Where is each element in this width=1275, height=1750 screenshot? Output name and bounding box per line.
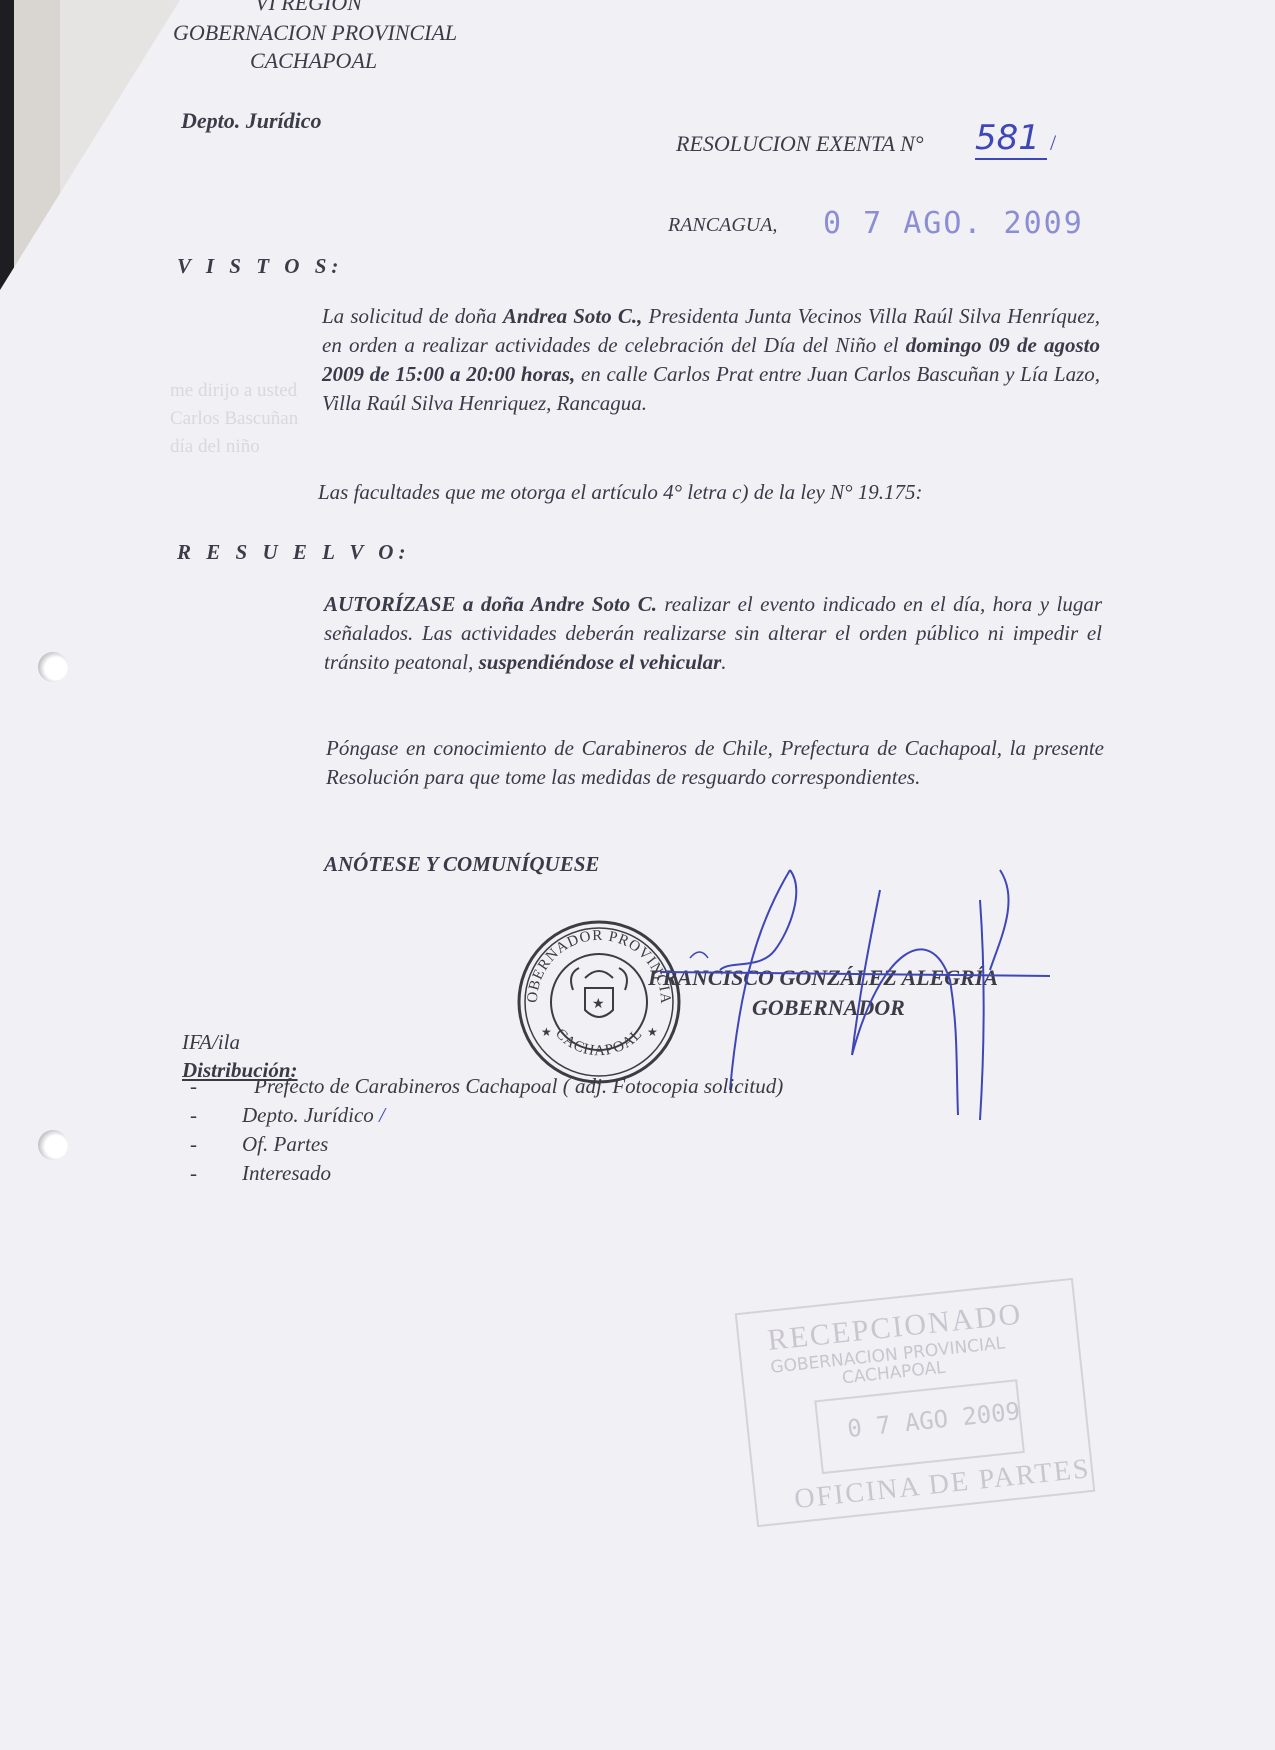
resolution-number: 581: [975, 118, 1047, 160]
closing-formula: ANÓTESE Y COMUNÍQUESE: [324, 852, 599, 877]
svg-text:CACHAPOAL: CACHAPOAL: [552, 1026, 646, 1059]
receipt-stamp: RECEPCIONADO GOBERNACION PROVINCIAL CACH…: [735, 1278, 1096, 1527]
vistos-paragraph-2: Las facultades que me otorga el artículo…: [318, 478, 1096, 507]
resuelvo-paragraph-1: AUTORÍZASE a doña Andre Soto C. realizar…: [324, 590, 1102, 677]
header-department: Depto. Jurídico: [181, 108, 322, 134]
distribution-item: -Of. Partes: [190, 1130, 783, 1159]
header-province: CACHAPOAL: [250, 48, 377, 74]
header-office: GOBERNACION PROVINCIAL: [173, 20, 457, 46]
bleed-through-text: día del niño: [170, 436, 260, 458]
distribution-list: -Prefecto de Carabineros Cachapoal ( adj…: [190, 1072, 783, 1188]
punch-hole: [38, 652, 68, 682]
bleed-through-text: me dirijo a usted: [170, 380, 297, 402]
resuelvo-paragraph-2: Póngase en conocimiento de Carabineros d…: [326, 734, 1104, 792]
header-region: VI REGION: [255, 0, 362, 16]
distribution-item: -Depto. Jurídico /: [190, 1101, 783, 1130]
svg-text:★: ★: [541, 1025, 552, 1039]
check-mark: /: [1050, 130, 1056, 156]
bleed-through-text: Carlos Bascuñan: [170, 408, 298, 430]
vistos-paragraph-1: La solicitud de doña Andrea Soto C., Pre…: [322, 302, 1100, 418]
resuelvo-heading: R E S U E L V O:: [177, 540, 410, 565]
initials: IFA/ila: [182, 1030, 240, 1055]
vistos-heading: V I S T O S:: [177, 254, 343, 279]
resolution-label: RESOLUCION EXENTA N°: [676, 131, 924, 157]
distribution-item: -Prefecto de Carabineros Cachapoal ( adj…: [190, 1072, 783, 1101]
date-stamp: 0 7 AGO. 2009: [823, 206, 1084, 241]
svg-text:★: ★: [592, 997, 605, 1012]
place: RANCAGUA,: [668, 214, 777, 237]
punch-hole: [38, 1130, 68, 1160]
distribution-item: -Interesado: [190, 1159, 783, 1188]
